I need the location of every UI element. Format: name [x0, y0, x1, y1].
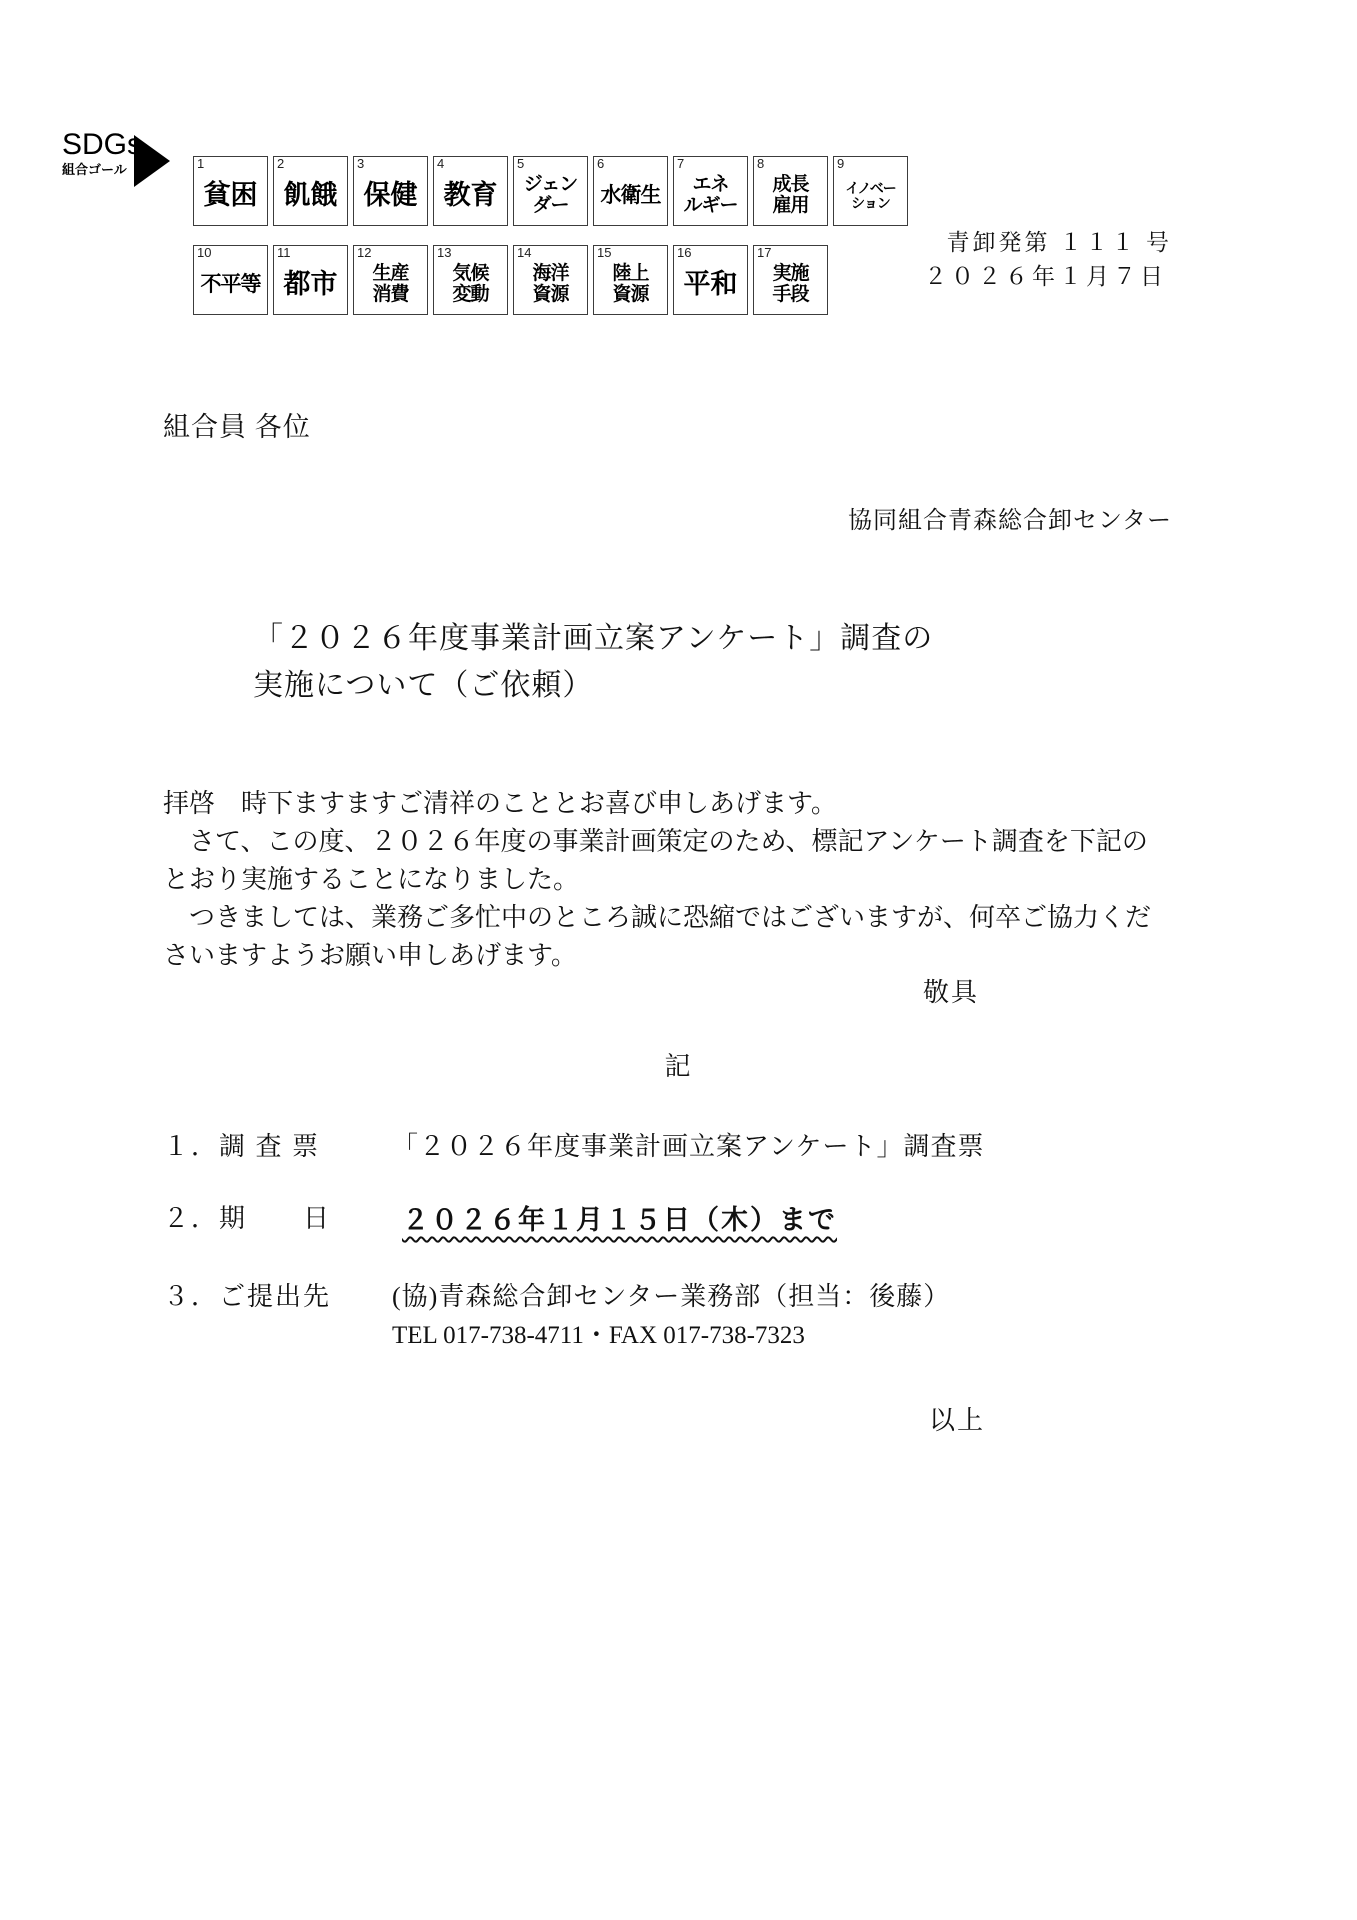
sdg-goal-label: 陸上 資源 — [594, 256, 667, 314]
body-paragraph: 拝啓 時下ますますご清祥のこととお喜び申しあげます。 — [163, 785, 1208, 823]
body-paragraph: とおり実施することになりました。 — [163, 861, 1208, 899]
sdgs-goals-row1: 1貧困2飢餓3保健4教育5ジェン ダー6水衛生7エネ ルギー8成長 雇用9イノベ… — [193, 156, 908, 226]
sender: 協同組合青森総合卸センター — [848, 500, 1172, 535]
sdg-goal-14: 14海洋 資源 — [513, 245, 588, 315]
record-heading: 記 — [0, 1046, 1357, 1083]
sdgs-logo: SDGs 組合ゴール — [62, 130, 142, 176]
sdg-goal-2: 2飢餓 — [273, 156, 348, 226]
sdg-goal-label: 海洋 資源 — [514, 256, 587, 314]
document-title-line2: 実施について（ご依頼） — [253, 662, 933, 709]
sdg-goal-label: 気候 変動 — [434, 256, 507, 314]
sdg-goal-label: 不平等 — [194, 256, 267, 314]
record-item3-contact: TEL 017-738-4711・FAX 017-738-7323 — [392, 1315, 805, 1351]
document-title: 「２０２６年度事業計画立案アンケート」調査の 実施について（ご依頼） — [253, 615, 933, 709]
triangle-icon — [134, 135, 170, 187]
sdg-goal-9: 9イノベー ション — [833, 156, 908, 226]
sdg-goal-label: 生産 消費 — [354, 256, 427, 314]
sdg-goal-label: 平和 — [674, 256, 747, 314]
sdg-goal-label: 水衛生 — [594, 167, 667, 225]
document-title-line1: 「２０２６年度事業計画立案アンケート」調査の — [253, 615, 933, 662]
sdg-goal-6: 6水衛生 — [593, 156, 668, 226]
sdg-goal-label: 飢餓 — [274, 167, 347, 225]
sdg-goal-17: 17実施 手段 — [753, 245, 828, 315]
record-item2-label: ２．期 日 — [163, 1198, 331, 1235]
sdg-goal-label: 教育 — [434, 167, 507, 225]
sdgs-goals-row2: 10不平等11都市12生産 消費13気候 変動14海洋 資源15陸上 資源16平… — [193, 245, 828, 315]
sdg-goal-4: 4教育 — [433, 156, 508, 226]
sdg-goal-12: 12生産 消費 — [353, 245, 428, 315]
document-date: ２０２６年１月７日 — [924, 258, 1167, 291]
record-item1-value: 「２０２６年度事業計画立案アンケート」調査票 — [392, 1126, 984, 1163]
sdg-goal-13: 13気候 変動 — [433, 245, 508, 315]
record-item1-label: １．調 査 票 — [163, 1126, 320, 1163]
sdgs-logo-subtext: 組合ゴール — [62, 163, 142, 176]
sdg-goal-label: イノベー ション — [834, 167, 907, 225]
document-page: SDGs 組合ゴール 1貧困2飢餓3保健4教育5ジェン ダー6水衛生7エネ ルギ… — [0, 0, 1357, 1920]
sdg-goal-label: エネ ルギー — [674, 167, 747, 225]
document-number: 青卸発第 １１１ 号 — [947, 224, 1173, 257]
body-paragraph: つきましては、業務ご多忙中のところ誠に恐縮ではございますが、何卒ご協力くだ — [163, 899, 1208, 937]
body-paragraph: さいますようお願い申しあげます。 — [163, 937, 1208, 975]
sdgs-logo-text: SDGs — [62, 130, 142, 160]
sdg-goal-16: 16平和 — [673, 245, 748, 315]
sdg-goal-label: 実施 手段 — [754, 256, 827, 314]
sdg-goal-5: 5ジェン ダー — [513, 156, 588, 226]
record-item3-label: ３．ご提出先 — [163, 1276, 331, 1313]
recipient: 組合員 各位 — [163, 405, 311, 444]
sdg-goal-label: 都市 — [274, 256, 347, 314]
body-text: 拝啓 時下ますますご清祥のこととお喜び申しあげます。 さて、この度、２０２６年度… — [163, 785, 1208, 975]
closing-word: 敬具 — [923, 972, 979, 1009]
sdg-goal-1: 1貧困 — [193, 156, 268, 226]
sdg-goal-label: 貧困 — [194, 167, 267, 225]
sdg-goal-label: 保健 — [354, 167, 427, 225]
record-item2-value: ２０２６年１月１５日（木）まで — [402, 1198, 837, 1237]
record-item3-value: (協)青森総合卸センター業務部（担当：後藤） — [392, 1276, 950, 1313]
sdg-goal-7: 7エネ ルギー — [673, 156, 748, 226]
sdg-goal-3: 3保健 — [353, 156, 428, 226]
sdg-goal-label: ジェン ダー — [514, 167, 587, 225]
sdg-goal-11: 11都市 — [273, 245, 348, 315]
sdg-goal-15: 15陸上 資源 — [593, 245, 668, 315]
sdg-goal-label: 成長 雇用 — [754, 167, 827, 225]
sdg-goal-8: 8成長 雇用 — [753, 156, 828, 226]
body-paragraph: さて、この度、２０２６年度の事業計画策定のため、標記アンケート調査を下記の — [163, 823, 1208, 861]
end-mark: 以上 — [929, 1400, 985, 1437]
sdg-goal-10: 10不平等 — [193, 245, 268, 315]
